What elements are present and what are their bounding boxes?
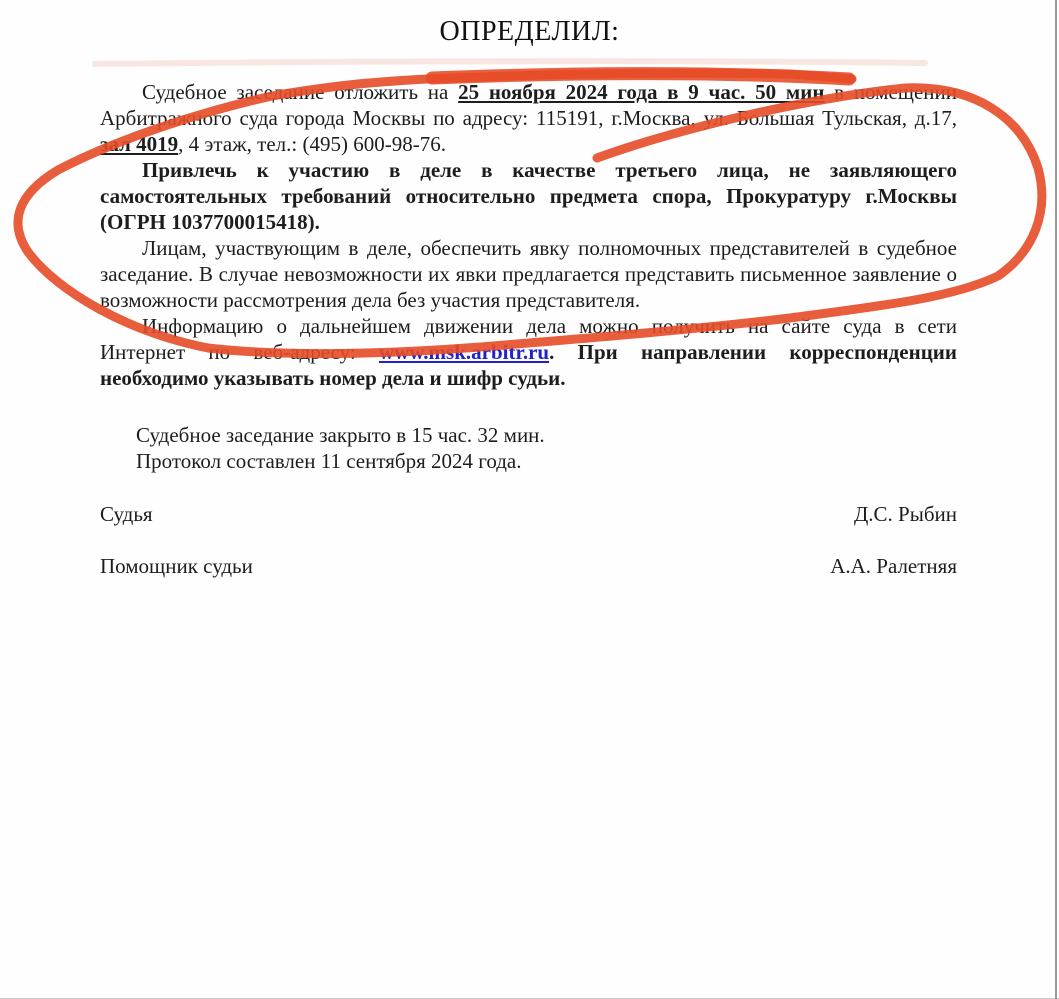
text-run: Судебное заседание отложить на xyxy=(142,80,458,104)
text-run: , 4 этаж, тел.: (495) 600-98-76. xyxy=(178,132,446,156)
marker-ghost-stroke2 xyxy=(95,61,925,64)
paragraph-representatives: Лицам, участвующим в деле, обеспечить яв… xyxy=(100,235,957,313)
text-run: Привлечь к участию в деле в качестве тре… xyxy=(100,158,957,234)
judge-name: Д.С. Рыбин xyxy=(854,501,957,527)
paragraph-third-party: Привлечь к участию в деле в качестве тре… xyxy=(100,157,957,235)
assistant-role-label: Помощник судьи xyxy=(100,553,253,579)
text-run: зал 4019 xyxy=(100,132,178,156)
signature-row-judge: Судья Д.С. Рыбин xyxy=(100,501,957,527)
paragraph-case-info: Информацию о дальнейшем движении дела мо… xyxy=(100,313,957,391)
protocol-line: Протокол составлен 11 сентября 2024 года… xyxy=(136,448,957,474)
ruling-body: Судебное заседание отложить на 25 ноября… xyxy=(100,79,957,579)
text-run: Лицам, участвующим в деле, обеспечить яв… xyxy=(100,236,957,312)
paragraph-hearing-postponed: Судебное заседание отложить на 25 ноября… xyxy=(100,79,957,157)
court-ruling-page: ОПРЕДЕЛИЛ: Судебное заседание отложить н… xyxy=(0,0,1059,999)
session-closed-line: Судебное заседание закрыто в 15 час. 32 … xyxy=(136,422,957,448)
page-title: ОПРЕДЕЛИЛ: xyxy=(0,16,1059,48)
signature-row-assistant: Помощник судьи А.А. Ралетняя xyxy=(100,553,957,579)
assistant-name: А.А. Ралетняя xyxy=(830,553,957,579)
scan-page-edge xyxy=(1055,0,1057,999)
court-website-link[interactable]: www.msk.arbitr.ru xyxy=(379,340,549,364)
judge-role-label: Судья xyxy=(100,501,153,527)
text-run: 25 ноября 2024 года в 9 час. 50 мин xyxy=(458,80,824,104)
closing-block: Судебное заседание закрыто в 15 час. 32 … xyxy=(136,422,957,474)
